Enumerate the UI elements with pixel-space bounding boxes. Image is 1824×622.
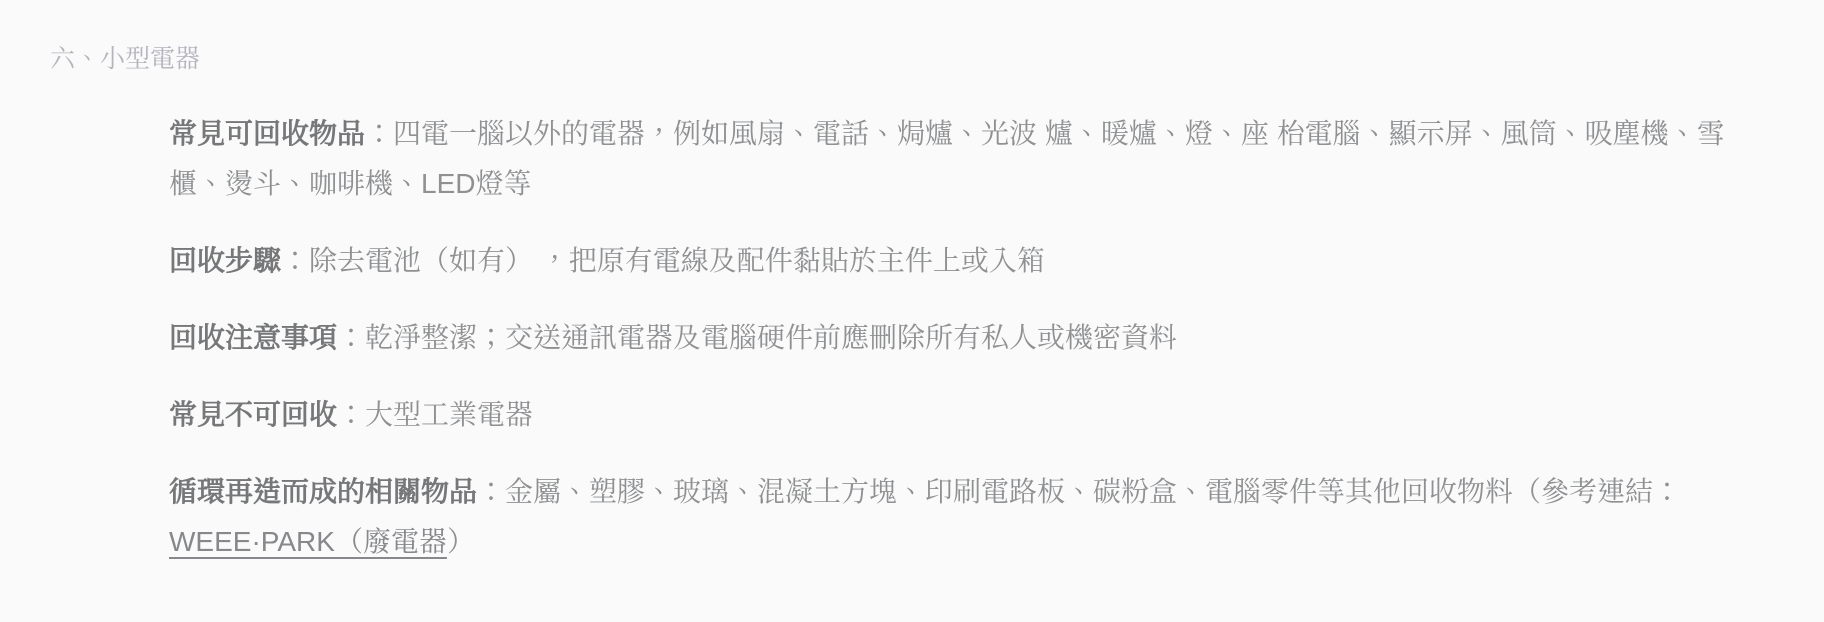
paragraph-label: 回收注意事項 xyxy=(169,322,337,353)
paragraph-colon: ： xyxy=(337,399,365,430)
paragraph-label: 回收步驟 xyxy=(169,245,281,276)
page: 六、小型電器 常見可回收物品：四電一腦以外的電器，例如風扇、電話、焗爐、光波 爐… xyxy=(0,44,1824,567)
paragraph-recycle-steps: 回收步驟：除去電池（如有） ，把原有電線及配件黏貼於主件上或入箱 xyxy=(169,236,1731,286)
paragraph-colon: ： xyxy=(337,322,365,353)
paragraph-text: 大型工業電器 xyxy=(365,399,533,430)
paragraph-recyclable-items: 常見可回收物品：四電一腦以外的電器，例如風扇、電話、焗爐、光波 爐、暖爐、燈、座… xyxy=(169,109,1731,209)
paragraph-text: 四電一腦以外的電器，例如風扇、電話、焗爐、光波 爐、暖爐、燈、座 枱電腦、顯示屏… xyxy=(169,118,1725,199)
paragraph-recycle-notes: 回收注意事項：乾淨整潔；交送通訊電器及電腦硬件前應刪除所有私人或機密資料 xyxy=(169,313,1731,363)
paragraph-text: 金屬、塑膠、玻璃、混凝土方塊、印刷電路板、碳粉盒、電腦零件等其他回收物料（參考連… xyxy=(505,476,1681,507)
paragraph-label: 常見不可回收 xyxy=(169,399,337,430)
paragraph-label: 循環再造而成的相關物品 xyxy=(169,476,477,507)
paragraph-recycled-products: 循環再造而成的相關物品：金屬、塑膠、玻璃、混凝土方塊、印刷電路板、碳粉盒、電腦零… xyxy=(169,467,1731,567)
weee-park-link[interactable]: WEEE·PARK（廢電器 xyxy=(169,517,447,567)
content-block: 常見可回收物品：四電一腦以外的電器，例如風扇、電話、焗爐、光波 爐、暖爐、燈、座… xyxy=(169,109,1731,567)
paragraph-closing-paren: ） xyxy=(447,526,475,557)
paragraph-colon: ： xyxy=(281,245,309,276)
paragraph-non-recyclable: 常見不可回收：大型工業電器 xyxy=(169,390,1731,440)
paragraph-colon: ： xyxy=(365,118,393,149)
paragraph-colon: ： xyxy=(477,476,505,507)
paragraph-text: 乾淨整潔；交送通訊電器及電腦硬件前應刪除所有私人或機密資料 xyxy=(365,322,1177,353)
paragraph-text: 除去電池（如有） ，把原有電線及配件黏貼於主件上或入箱 xyxy=(309,245,1045,276)
section-heading: 六、小型電器 xyxy=(50,44,1824,74)
paragraph-label: 常見可回收物品 xyxy=(169,118,365,149)
